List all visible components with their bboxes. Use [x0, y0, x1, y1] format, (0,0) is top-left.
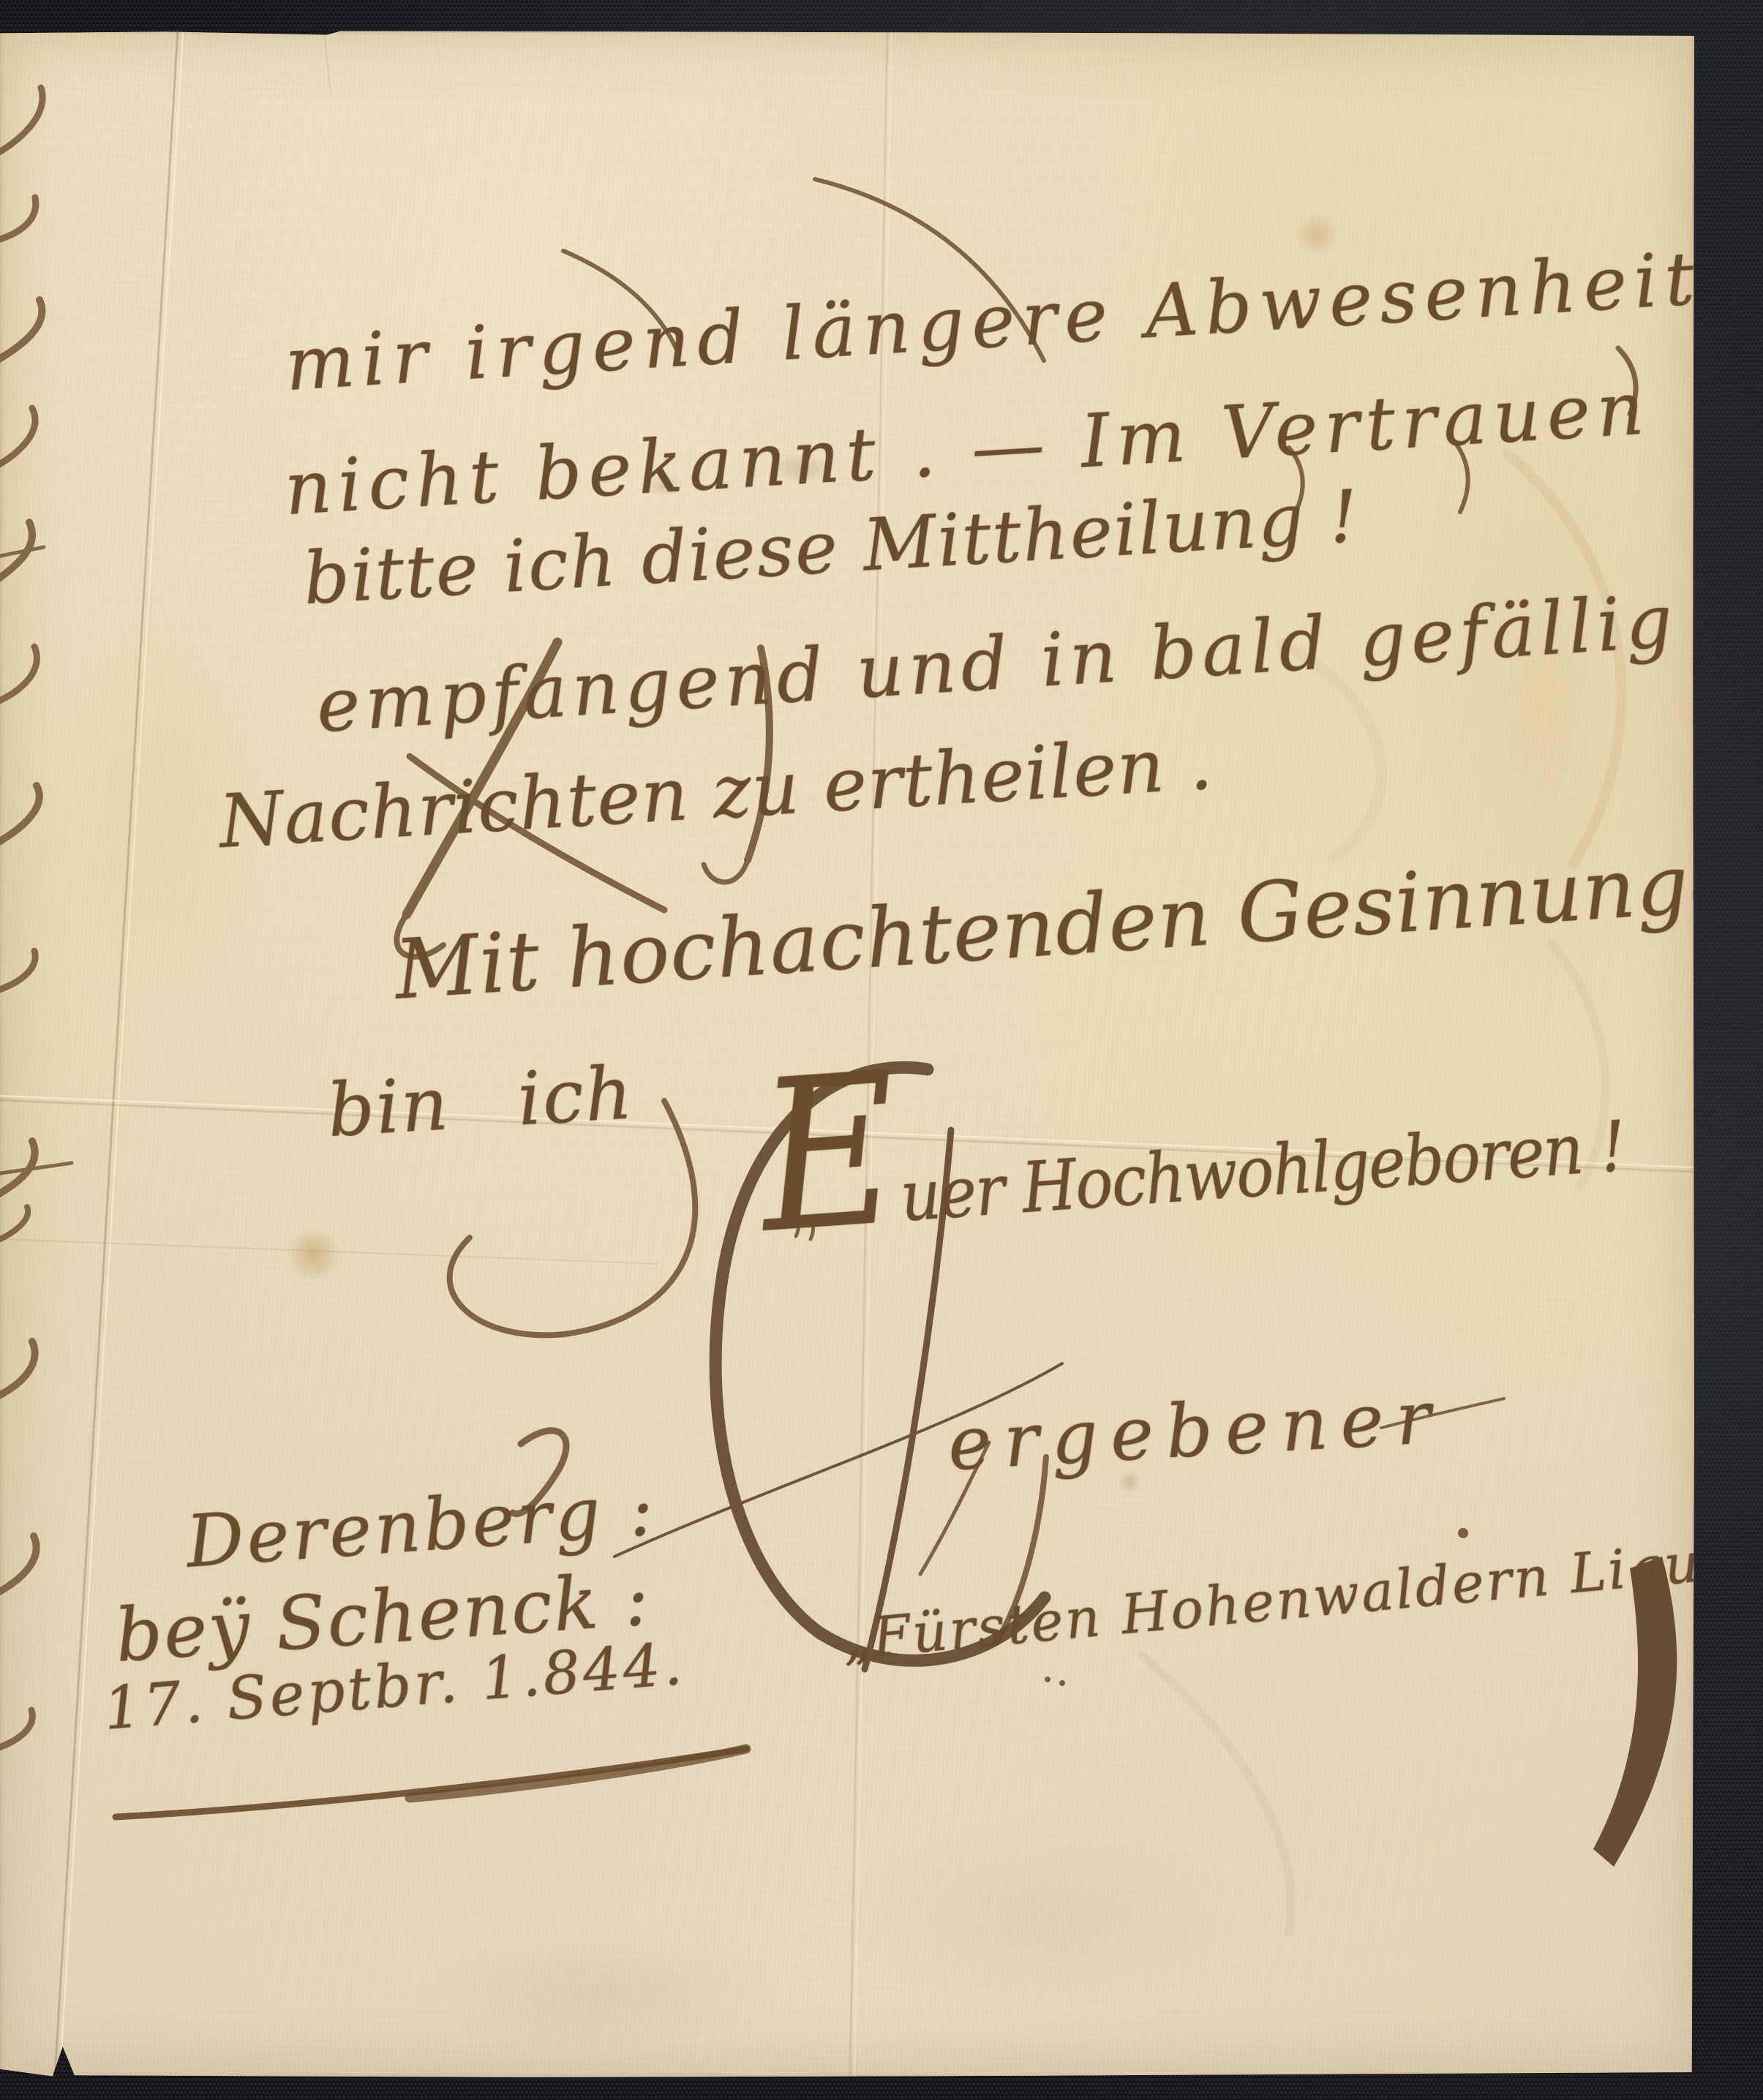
scan-fabric-background: mir irgend längere Abwesenheit nicht bek…	[0, 0, 1763, 2100]
handwriting-line-6: Mit hochachtenden Gesinnungen	[392, 830, 1763, 1017]
yellowed-area	[841, 1814, 1251, 2019]
foxing-spot	[287, 1227, 341, 1282]
signature-descender-stroke	[1593, 1557, 1677, 1867]
letter-page-content: mir irgend längere Abwesenheit nicht bek…	[0, 0, 1763, 2100]
valediction-line: ergebener	[946, 1374, 1446, 1487]
salutation-line: Euer Hochwohlgeboren !	[755, 1015, 1627, 1247]
date-underline-swash	[116, 1749, 746, 1817]
left-margin-ink-fragments	[0, 88, 72, 1750]
signature-line: „Fürsten Hohenwaldern Liques	[840, 1525, 1763, 1671]
gray-smudge	[410, 1931, 790, 2055]
fold-crease-left	[55, 31, 183, 2076]
letter-paper: mir irgend längere Abwesenheit nicht bek…	[0, 31, 1694, 2077]
handwriting-line-7: bin ich	[326, 1050, 636, 1154]
foxing-spot	[1293, 214, 1340, 256]
